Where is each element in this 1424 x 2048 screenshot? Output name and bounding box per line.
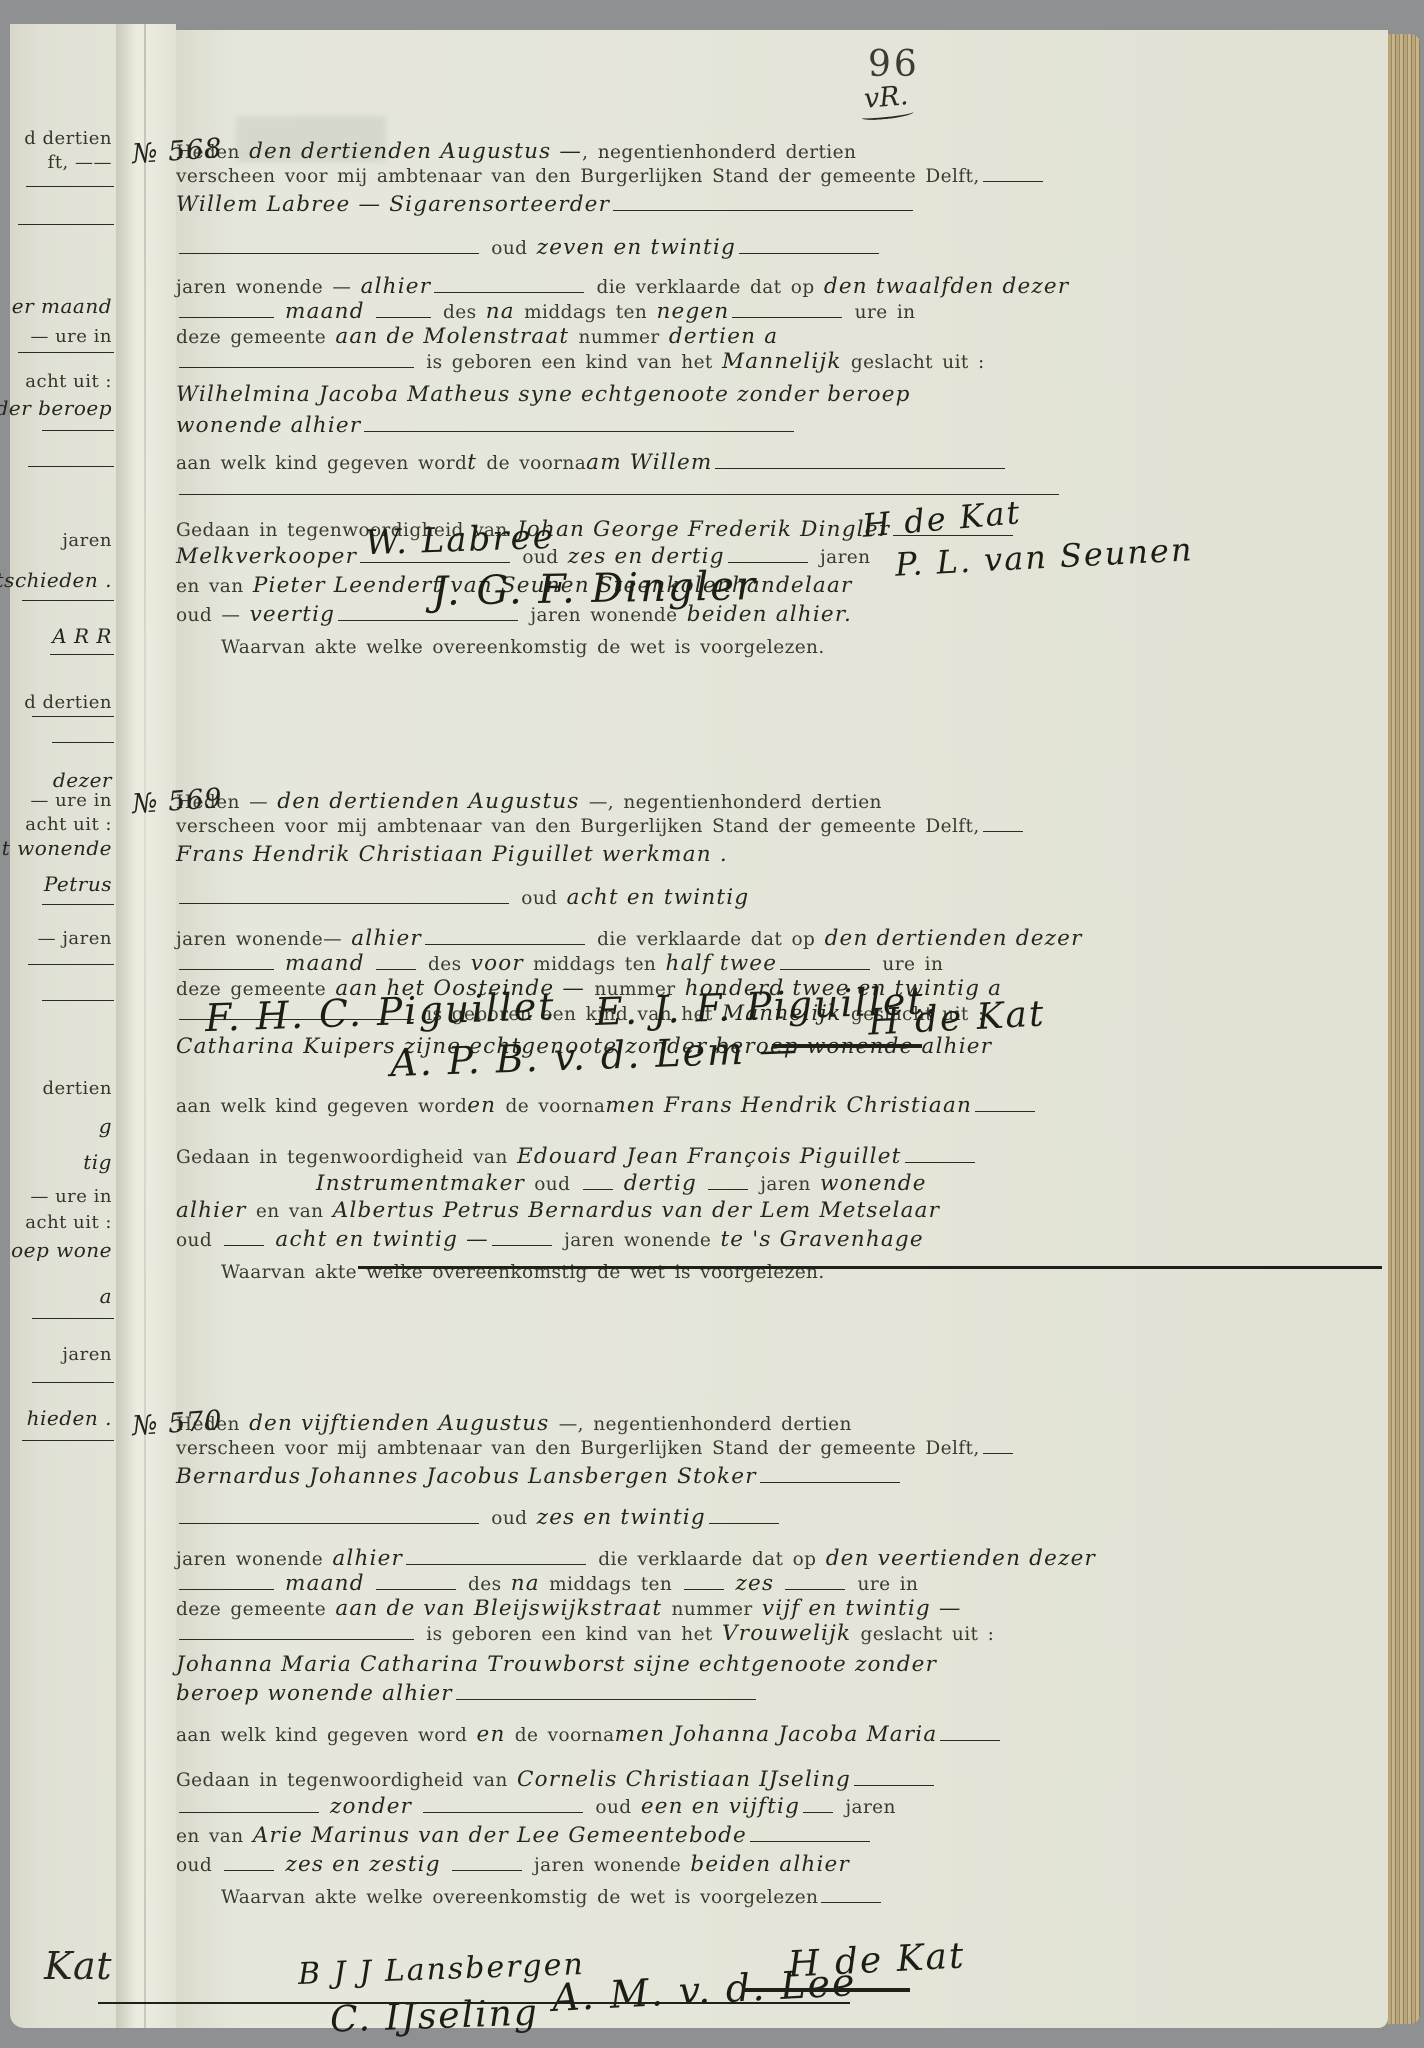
handwritten-entry: Johanna Maria Catharina Trouwborst sijne… [176, 1652, 937, 1677]
handwritten-entry: Willem Labree — Sigarensorteerder [176, 192, 610, 217]
ruled-blank-line [492, 1233, 552, 1246]
handwritten-entry: Johan George Frederik Dingler [517, 517, 890, 542]
handwritten-entry: maand [277, 951, 373, 976]
form-line: maand des voor middags ten half twee ure… [176, 952, 1336, 977]
handwritten-entry: en [477, 1722, 506, 1747]
printed-form-text: middags ten [515, 302, 657, 323]
printed-form-text: die verklaarde dat op [587, 277, 824, 298]
handwritten-entry: dertig [616, 1171, 705, 1196]
handwritten-entry: Mannelijk [722, 349, 842, 374]
ruled-blank-line [179, 957, 274, 970]
printed-form-text: jaren wonende [525, 1855, 691, 1876]
ruled-blank-line [715, 456, 1005, 469]
handwritten-entry: Frans Hendrik Christiaan Piguillet werkm… [176, 842, 728, 867]
ruled-blank-line [750, 1829, 870, 1842]
form-line: beroep wonende alhier [176, 1682, 1336, 1707]
printed-form-text: —, negentienhonderd dertien [549, 1414, 851, 1435]
handwritten-entry: den vijftienden Augustus [249, 1411, 549, 1436]
ink-rule [772, 1044, 922, 1048]
form-line: maand des na middags ten negen ure in [176, 300, 1336, 325]
ruled-blank-line [684, 1577, 724, 1590]
printed-form-text: en van [176, 1826, 253, 1847]
record-569-number: № 569 [131, 783, 224, 820]
handwritten-entry: zeven en twintig [537, 235, 736, 260]
handwritten-entry: zes en twintig [537, 1505, 706, 1530]
form-line: Gedaan in tegenwoordigheid van Cornelis … [176, 1768, 1336, 1793]
handwritten-entry: maand [277, 1571, 373, 1596]
record-568-number: № 568 [131, 133, 224, 170]
ruled-blank-line [376, 1577, 456, 1590]
handwritten-entry: veertig [250, 602, 336, 627]
ruled-blank-line [425, 932, 585, 945]
printed-form-text: aan welk kind gegeven word [176, 453, 467, 474]
ruled-blank-line [583, 1177, 613, 1190]
form-line: aan welk kind gegeven word en de voornam… [176, 1723, 1336, 1748]
printed-form-text: geslacht uit : [851, 1624, 994, 1645]
ruled-blank-line [760, 1470, 900, 1483]
printed-form-text: des [419, 954, 471, 975]
handwritten-entry: Melkverkooper [176, 544, 357, 569]
ink-rule [98, 2002, 850, 2004]
handwritten-entry: den veertienden dezer [826, 1546, 1096, 1571]
printed-form-text: die verklaarde dat op [589, 1549, 826, 1570]
printed-form-text: de voorna [506, 1725, 615, 1746]
handwritten-entry: men Frans Hendrik Christiaan [605, 1093, 972, 1118]
ruled-blank-line [728, 550, 808, 563]
ruled-blank-line [983, 819, 1023, 832]
handwritten-entry: aan de van Bleijswijkstraat [335, 1596, 662, 1621]
printed-form-text: en van [247, 1201, 333, 1222]
form-line: Frans Hendrik Christiaan Piguillet werkm… [176, 843, 1336, 868]
handwritten-entry: den dertienden Augustus [277, 789, 579, 814]
signature: C. IJseling [329, 1992, 539, 2040]
handwritten-entry: te 's Gravenhage [720, 1227, 923, 1252]
handwritten-entry: den twaalfden dezer [824, 274, 1069, 299]
printed-form-text: en van [176, 576, 253, 597]
handwritten-entry: den dertienden dezer [825, 926, 1083, 951]
handwritten-entry: na [486, 299, 515, 324]
form-line: oud zes en twintig [176, 1506, 1336, 1531]
form-line: jaren wonende alhier die verklaarde dat … [176, 1547, 1336, 1572]
ruled-blank-line [708, 1177, 748, 1190]
ruled-blank-line [821, 1890, 881, 1903]
ruled-blank-line [739, 241, 879, 254]
handwritten-entry: negen [656, 299, 729, 324]
form-line: Willem Labree — Sigarensorteerder [176, 193, 1336, 218]
signature: W. Labree [364, 517, 555, 564]
handwritten-entry: een en vijftig [641, 1794, 800, 1819]
printed-form-text: , negentienhonderd dertien [582, 142, 856, 163]
ruled-blank-line [179, 355, 414, 368]
printed-form-text: oud [512, 888, 567, 909]
indent-spacer [176, 1902, 221, 1903]
ruled-blank-line [179, 482, 1059, 495]
form-line: oud zes en zestig jaren wonende beiden a… [176, 1853, 1336, 1878]
handwritten-entry: Edouard Jean François Piguillet [517, 1144, 902, 1169]
printed-form-text: jaren [836, 1797, 896, 1818]
handwritten-entry: Bernardus Johannes Jacobus Lansbergen St… [176, 1464, 757, 1489]
handwritten-entry: en [467, 1093, 496, 1118]
ruled-blank-line [179, 1577, 274, 1590]
handwritten-entry: zonder [322, 1794, 420, 1819]
ruled-blank-line [854, 1773, 934, 1786]
printed-form-text: ure in [848, 1574, 918, 1595]
printed-form-text: des [459, 1574, 511, 1595]
form-line: wonende alhier [176, 414, 1336, 439]
page-stack-edge [1388, 34, 1420, 2024]
ruled-blank-line [224, 1233, 264, 1246]
ruled-blank-line [376, 957, 416, 970]
form-line: alhier en van Albertus Petrus Bernardus … [176, 1199, 1336, 1224]
handwritten-entry: alhier [351, 926, 422, 951]
form-line [176, 478, 1336, 502]
form-line: aan welk kind gegeven worden de voorname… [176, 1094, 1336, 1119]
printed-form-text: oud — [176, 605, 250, 626]
ruled-blank-line [434, 280, 584, 293]
printed-form-text: nummer [569, 327, 669, 348]
form-line: Waarvan akte welke overeenkomstig de wet… [176, 1261, 1336, 1285]
printed-form-text: jaren [751, 1174, 820, 1195]
ruled-blank-line [940, 1728, 1000, 1741]
indent-spacer [176, 652, 221, 653]
printed-form-text: —, negentienhonderd dertien [580, 792, 882, 813]
form-line: jaren wonende — alhier die verklaarde da… [176, 275, 1336, 300]
ruled-blank-line [983, 169, 1043, 182]
printed-form-text: verscheen voor mij ambtenaar van den Bur… [176, 1438, 980, 1459]
printed-form-text: die verklaarde dat op [588, 929, 825, 950]
form-line: oud zeven en twintig [176, 236, 1336, 261]
printed-form-text: aan welk kind gegeven word [176, 1725, 477, 1746]
printed-form-text: oud [482, 1508, 537, 1529]
signature: J. G. F. Dingler [432, 563, 758, 615]
ruled-blank-line [975, 1099, 1035, 1112]
handwritten-entry: dertien a [669, 324, 778, 349]
form-line: Bernardus Johannes Jacobus Lansbergen St… [176, 1465, 1336, 1490]
form-line: en van Arie Marinus van der Lee Gemeente… [176, 1824, 1336, 1849]
handwritten-entry: maand [277, 299, 373, 324]
ink-rule [358, 1266, 1382, 1269]
handwritten-entry: Cornelis Christiaan IJseling [517, 1767, 851, 1792]
ruled-blank-line [983, 1441, 1013, 1454]
form-line: oud acht en twintig — jaren wonende te '… [176, 1228, 1336, 1253]
handwritten-entry: beiden alhier [690, 1852, 850, 1877]
form-line: verscheen voor mij ambtenaar van den Bur… [176, 165, 1336, 189]
handwritten-entry: beroep wonende alhier [176, 1681, 453, 1706]
form-line: Waarvan akte welke overeenkomstig de wet… [176, 636, 1336, 660]
printed-form-text: de voorna [496, 1096, 605, 1117]
handwritten-entry: Instrumentmaker [316, 1171, 525, 1196]
handwritten-entry: Albertus Petrus Bernardus van der Lem Me… [333, 1198, 940, 1223]
form-line: aan welk kind gegeven wordt de voornaam … [176, 451, 1336, 476]
form-line: maand des na middags ten zes ure in [176, 1572, 1336, 1597]
printed-form-text: Waarvan akte welke overeenkomstig de wet… [221, 637, 825, 658]
handwritten-entry: Vrouwelijk [722, 1621, 851, 1646]
ruled-blank-line [456, 1687, 756, 1700]
ruled-blank-line [179, 1511, 479, 1524]
printed-form-text: Gedaan in tegenwoordigheid van [176, 1770, 517, 1791]
handwritten-entry: zes [727, 1571, 782, 1596]
printed-form-text: jaren wonende — [176, 277, 361, 298]
printed-form-text: jaren [811, 547, 871, 568]
handwritten-entry: half twee [666, 951, 778, 976]
ruled-blank-line [179, 1800, 319, 1813]
form-line: verscheen voor mij ambtenaar van den Bur… [176, 815, 1336, 839]
form-line: zonder oud een en vijftig jaren [176, 1795, 1336, 1820]
printed-form-text: verscheen voor mij ambtenaar van den Bur… [176, 166, 980, 187]
printed-form-text: ure in [845, 302, 915, 323]
form-line: Johanna Maria Catharina Trouwborst sijne… [176, 1653, 1336, 1678]
ruled-blank-line [732, 305, 842, 318]
form-line: deze gemeente aan de van Bleijswijkstraa… [176, 1597, 1336, 1622]
ruled-blank-line [613, 198, 913, 211]
form-line: is geboren een kind van het Mannelijk ge… [176, 350, 1336, 375]
handwritten-entry: alhier [332, 1546, 403, 1571]
form-line: Heden — den dertienden Augustus —, negen… [176, 790, 1336, 815]
printed-form-text: deze gemeente [176, 1599, 335, 1620]
printed-form-text: ure in [873, 954, 943, 975]
indent-spacer [176, 1277, 221, 1278]
ruled-blank-line [179, 305, 274, 318]
form-line: jaren wonende— alhier die verklaarde dat… [176, 927, 1336, 952]
printed-form-text: is geboren een kind van het [417, 1624, 722, 1645]
form-line: Heden den vijftienden Augustus —, negent… [176, 1412, 1336, 1437]
handwritten-entry: aan de Molenstraat [335, 324, 569, 349]
printed-form-text: jaren wonende [555, 1230, 721, 1251]
record-570-number: № 570 [131, 1405, 224, 1442]
ruled-blank-line [423, 1800, 583, 1813]
handwritten-entry: alhier [361, 274, 432, 299]
ruled-blank-line [364, 419, 794, 432]
ruled-blank-line [224, 1858, 274, 1871]
handwritten-entry: voor [471, 951, 524, 976]
scanned-register-page: { "page": { "number": "96", "annotation"… [0, 0, 1424, 2048]
printed-form-text: de voorna [477, 453, 586, 474]
form-line: is geboren een kind van het Vrouwelijk g… [176, 1622, 1336, 1647]
form-line: Gedaan in tegenwoordigheid van Edouard J… [176, 1145, 1336, 1170]
ruled-blank-line [785, 1577, 845, 1590]
handwritten-entry: Wilhelmina Jacoba Matheus syne echtgenoo… [176, 382, 911, 407]
printed-form-text: oud [525, 1174, 580, 1195]
ruled-blank-line [905, 1150, 975, 1163]
handwritten-entry: na [511, 1571, 540, 1596]
printed-form-text: deze gemeente [176, 327, 335, 348]
handwritten-entry: men Johanna Jacoba Maria [615, 1722, 938, 1747]
ruled-blank-line [452, 1858, 522, 1871]
form-line: Heden den dertienden Augustus —, negenti… [176, 140, 1336, 165]
printed-form-text: oud [482, 238, 537, 259]
form-line: deze gemeente aan de Molenstraat nummer … [176, 325, 1336, 350]
ruled-blank-line [780, 957, 870, 970]
handwritten-entry: wonende alhier [176, 413, 361, 438]
printed-form-text: geslacht uit : [842, 352, 985, 373]
form-line: verscheen voor mij ambtenaar van den Bur… [176, 1437, 1336, 1461]
handwritten-entry: vijf en twintig — [762, 1596, 962, 1621]
handwritten-entry: den dertienden Augustus — [249, 139, 582, 164]
ruled-blank-line [179, 891, 509, 904]
ruled-blank-line [406, 1552, 586, 1565]
printed-form-text: Waarvan akte welke overeenkomstig de wet… [221, 1887, 818, 1908]
printed-form-text: des [434, 302, 486, 323]
printed-form-text: middags ten [540, 1574, 682, 1595]
handwritten-entry: wonende [820, 1171, 927, 1196]
printed-form-text: nummer [662, 1599, 762, 1620]
handwritten-entry: t [467, 450, 477, 475]
handwritten-entry: zes en zestig [277, 1852, 448, 1877]
handwritten-entry: alhier [176, 1198, 247, 1223]
printed-form-text: Gedaan in tegenwoordigheid van [176, 1147, 517, 1168]
handwritten-entry: Arie Marinus van der Lee Gemeentebode [253, 1823, 747, 1848]
printed-form-text: is geboren een kind van het [417, 352, 722, 373]
form-line: oud acht en twintig [176, 886, 1336, 911]
handwritten-entry: acht en twintig — [267, 1227, 488, 1252]
indent-spacer [176, 1189, 316, 1190]
form-line: Instrumentmaker oud dertig jaren wonende [176, 1172, 1336, 1197]
handwritten-entry: am Willem [586, 450, 712, 475]
ink-rule [742, 1988, 910, 1992]
printed-form-text: middags ten [524, 954, 666, 975]
handwritten-entry: acht en twintig [567, 885, 750, 910]
printed-form-text: jaren wonende [176, 1549, 332, 1570]
ruled-blank-line [803, 1800, 833, 1813]
ruled-blank-line [709, 1511, 779, 1524]
printed-form-text: oud [176, 1230, 221, 1251]
form-line: Waarvan akte welke overeenkomstig de wet… [176, 1886, 1336, 1910]
form-line: Wilhelmina Jacoba Matheus syne echtgenoo… [176, 383, 1336, 408]
printed-form-text: aan welk kind gegeven word [176, 1096, 467, 1117]
record-570: № 570Heden den vijftienden Augustus —, n… [176, 1412, 1336, 1910]
printed-form-text: verscheen voor mij ambtenaar van den Bur… [176, 816, 980, 837]
ruled-blank-line [179, 241, 479, 254]
printed-form-text: jaren wonende— [176, 929, 351, 950]
printed-form-text: oud [176, 1855, 221, 1876]
printed-form-text: oud [586, 1797, 641, 1818]
ruled-blank-line [376, 305, 431, 318]
ruled-blank-line [179, 1627, 414, 1640]
